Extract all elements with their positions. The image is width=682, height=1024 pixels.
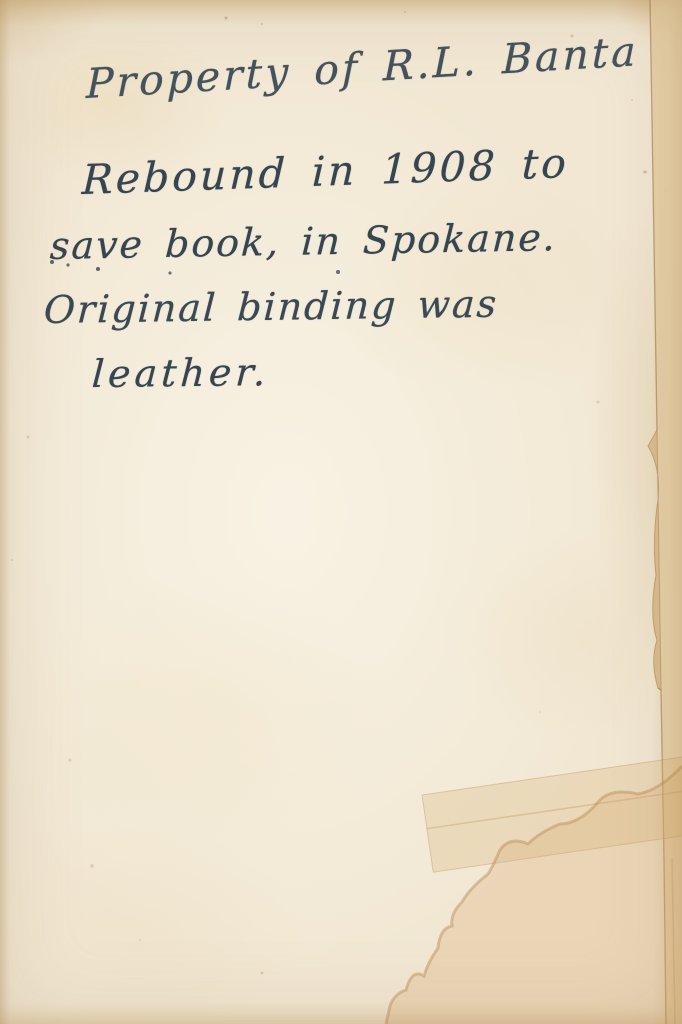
book-endpaper-photo: Property of R.L. Banta Rebound in 1908 t… [0, 0, 682, 1024]
ink-blots [0, 0, 682, 1024]
